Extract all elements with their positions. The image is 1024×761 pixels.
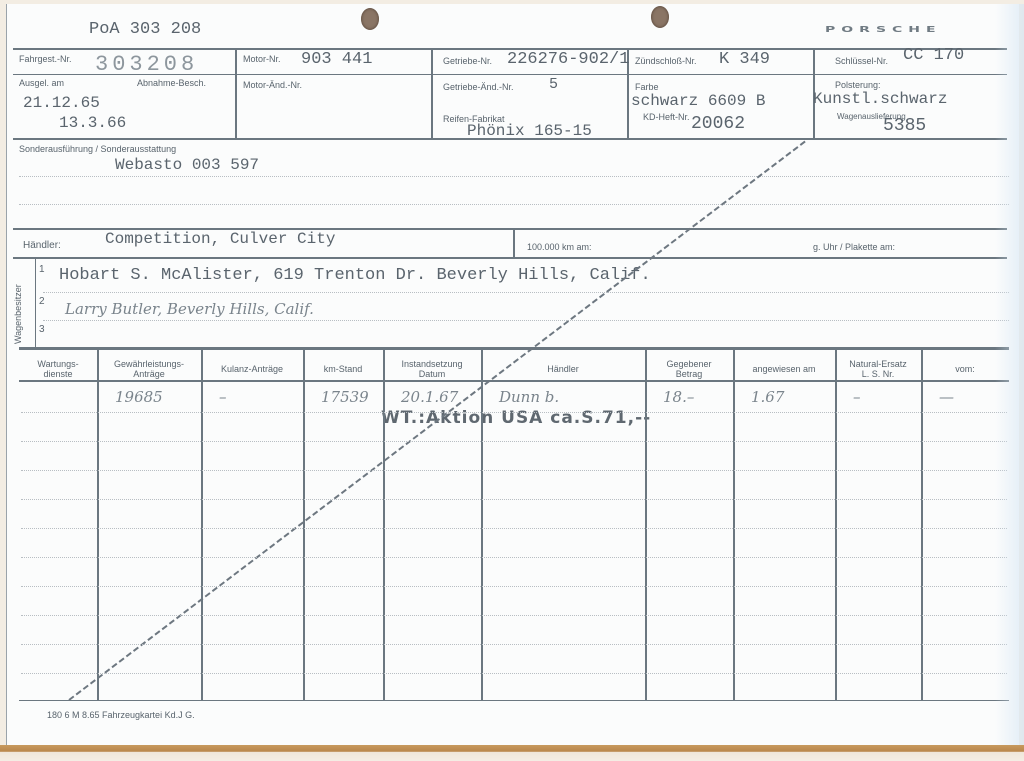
column-header: InstandsetzungDatum <box>383 354 481 384</box>
column-header: Gewährleistungs-Anträge <box>97 354 201 384</box>
table-cell: – <box>219 388 227 406</box>
desk-surface <box>0 745 1024 761</box>
column-header: GegebenerBetrag <box>645 354 733 384</box>
table-cell: Dunn b. <box>499 388 559 406</box>
column-header: Natural-ErsatzL. S. Nr. <box>835 354 921 384</box>
table-cell: 1.67 <box>751 388 784 406</box>
table-cell: 19685 <box>115 388 163 406</box>
table-cell: 17539 <box>321 388 369 406</box>
column-header: angewiesen am <box>733 354 835 384</box>
table-cell: — <box>939 388 954 406</box>
column-header: Kulanz-Anträge <box>201 354 303 384</box>
column-header: km-Stand <box>303 354 383 384</box>
column-header: Wartungs-dienste <box>19 354 97 384</box>
column-header: vom: <box>921 354 1009 384</box>
table-cell: – <box>853 388 861 406</box>
table-cell: 20.1.67 <box>401 388 458 406</box>
table-cell: 18.– <box>663 388 694 406</box>
kardex-card: PoA 303 208 PORSCHE Fahrgest.-Nr. 303208… <box>6 4 1019 745</box>
column-header: Händler <box>481 354 645 384</box>
